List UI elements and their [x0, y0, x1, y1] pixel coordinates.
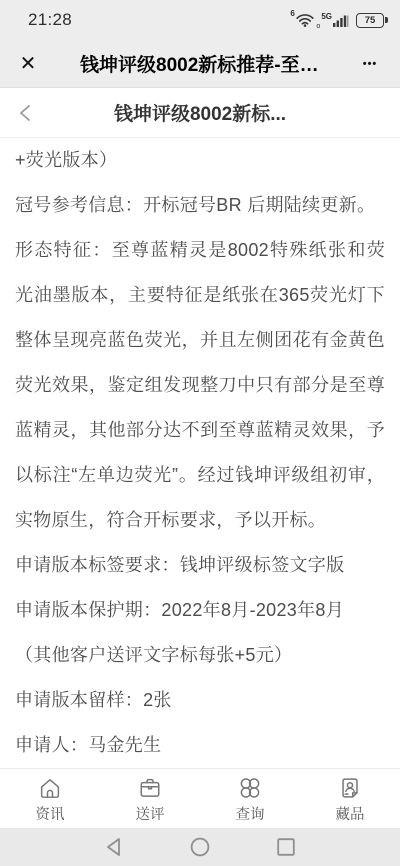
clock: 21:28: [28, 10, 72, 30]
status-bar: 21:28 6 o 5G: [0, 0, 400, 40]
wifi-6-badge: 6: [290, 9, 294, 18]
wifi-icon: 6 o: [296, 13, 314, 27]
android-home-icon[interactable]: [186, 835, 214, 859]
paragraph: 冠号参考信息：开标冠号BR 后期陆续更新。: [15, 183, 385, 228]
tab-collection[interactable]: 藏品: [300, 769, 400, 828]
wifi-sub-badge: o: [316, 23, 320, 30]
page-header: 钱坤评级8002新标...: [0, 88, 400, 138]
android-nav-bar: [0, 828, 400, 866]
browser-title: 钱坤评级8002新标推荐-至尊蓝精灵: [80, 50, 320, 77]
home-icon: [37, 775, 63, 801]
more-dots-icon[interactable]: •••: [340, 58, 400, 70]
signal-bars-icon: 5G: [321, 14, 349, 27]
clover-grid-icon: [237, 775, 263, 801]
tab-label: 查询: [236, 803, 265, 824]
battery-level: 75: [365, 15, 376, 26]
phone-screen: 21:28 6 o 5G: [0, 0, 400, 866]
tab-label: 送评: [136, 803, 165, 824]
paragraph: 申请版本标签要求：钱坤评级标签文字版: [15, 543, 385, 588]
paragraph: （其他客户送评文字标每张+5元）: [15, 633, 385, 678]
tab-label: 藏品: [336, 803, 365, 824]
tab-bar: 资讯 送评 查询: [0, 768, 400, 828]
tab-submit[interactable]: 送评: [100, 769, 200, 828]
tab-news[interactable]: 资讯: [0, 769, 100, 828]
close-icon[interactable]: ✕: [0, 54, 56, 74]
paragraph: 申请人：马金先生: [15, 723, 385, 768]
back-button[interactable]: [0, 88, 52, 137]
status-icons: 6 o 5G 75: [296, 13, 388, 28]
android-back-icon[interactable]: [100, 835, 128, 859]
paragraph: 申请版本保护期：2022年8月-2023年8月: [15, 588, 385, 633]
article-body: +荧光版本） 冠号参考信息：开标冠号BR 后期陆续更新。 形态特征：至尊蓝精灵是…: [0, 138, 400, 768]
battery-icon: 75: [356, 13, 384, 28]
paragraph: +荧光版本）: [15, 138, 385, 183]
briefcase-icon: [137, 775, 163, 801]
android-recents-icon[interactable]: [272, 835, 300, 859]
paragraph: 申请版本留样：2张: [15, 678, 385, 723]
paragraph: 形态特征：至尊蓝精灵是8002特殊纸张和荧光油墨版本，主要特征是纸张在365荧光…: [15, 228, 385, 543]
network-type-label: 5G: [321, 12, 332, 21]
chevron-left-icon: [15, 102, 37, 124]
page-title: 钱坤评级8002新标...: [70, 99, 330, 126]
browser-header: ✕ 钱坤评级8002新标推荐-至尊蓝精灵 •••: [0, 40, 400, 88]
collection-document-icon: [337, 775, 363, 801]
tab-label: 资讯: [36, 803, 65, 824]
tab-query[interactable]: 查询: [200, 769, 300, 828]
